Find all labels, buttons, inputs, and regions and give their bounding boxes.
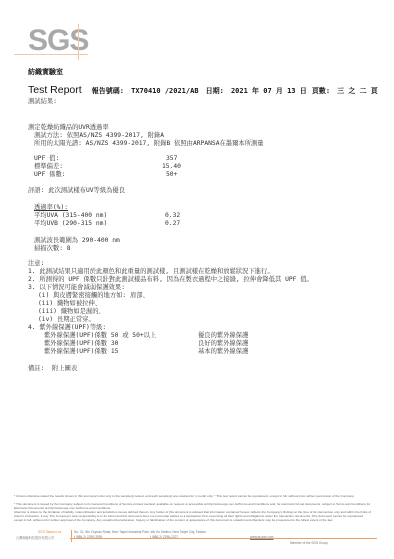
member-of-group: Member of the SGS Group [290, 541, 328, 545]
disclaimer-3: Attention is drawn to the limitation of … [14, 510, 372, 522]
disclaimer-2: * This document is issued by the Company… [14, 502, 372, 510]
report-no-label: 報告號碼: [92, 87, 124, 95]
report-header: Test Report 報告號碼: TX70410 /2021/AB 日期: 2… [28, 78, 378, 97]
company-name-zh: 台灣檢驗科技股份有限公司 [16, 535, 54, 540]
uvb-value: 0.27 [165, 220, 180, 228]
footer-divider-vertical [71, 530, 72, 542]
uvb-label: 平均UVB (290-315 nm) [34, 220, 107, 228]
upf-rating-label: UPF 係數: [34, 171, 66, 179]
report-title: Test Report [28, 84, 82, 96]
results-heading: 測試結果: [28, 98, 57, 106]
disclaimer-1: * Unless otherwise stated the results sh… [14, 494, 372, 498]
report-date: 2021 年 07 月 13 日 [231, 87, 307, 95]
scan-count: 掃描次數: 8 [34, 245, 71, 253]
solar-spectrum: 所用的太陽光譜: AS/NZS 4399-2017, 附錄B 依照由ARPANS… [34, 140, 264, 148]
grade-3-label: 紫外線保護(UPF)係數 15 [44, 348, 118, 356]
logo-divider [14, 54, 88, 55]
logo-divider-vertical [78, 24, 79, 60]
pages-label: 頁數: [312, 87, 330, 95]
page-count: 三 之 二 頁 [337, 87, 378, 95]
company-address: No. 31, Wu Chyuan Road, New Taipei Indus… [74, 530, 206, 534]
date-label: 日期: [206, 87, 224, 95]
remark: 備註: 附上圖表 [28, 365, 77, 373]
lab-name: 紡織實驗室 [28, 67, 63, 77]
grade-3-rating: 基本的紫外線保護 [198, 348, 248, 356]
upf-rating-value: 50+ [166, 171, 177, 179]
footer-divider [70, 538, 377, 539]
company-name-en: SGS Taiwan Ltd. [38, 530, 62, 534]
report-no: TX70410 /2021/AB [131, 87, 198, 95]
comment: 評語: 此次測試樣布UV等級為優良 [28, 187, 125, 195]
sgs-logo: SGS [28, 26, 88, 56]
